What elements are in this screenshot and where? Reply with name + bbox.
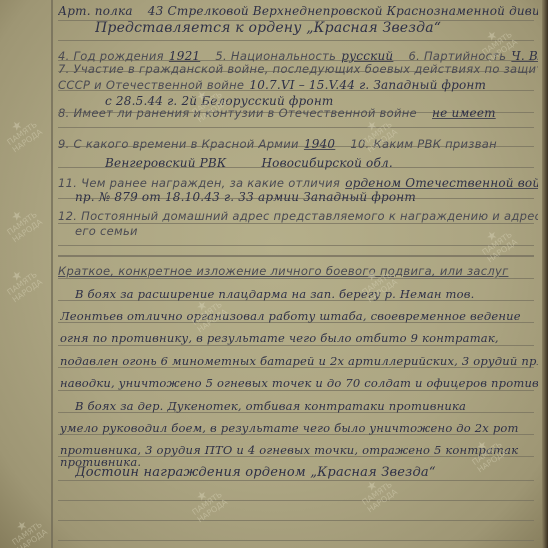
page-edge [542, 0, 548, 548]
address-label-2: его семьи [75, 224, 138, 238]
star-icon: ★ [0, 263, 33, 290]
watermark: ★ПАМЯТЬНАРОДА [185, 483, 229, 525]
star-icon: ★ [0, 203, 33, 230]
rule-line [58, 40, 534, 41]
narrative-text: В боях за дер. Дукенотек, отбивая контра… [75, 399, 466, 413]
star-icon: ★ [5, 513, 38, 540]
regiment-text: Арт. полка [58, 4, 133, 18]
conclusion: Достоин награждения орденом „Красная Зве… [75, 461, 538, 480]
prior-award-order: пр. № 879 от 18.10.43 г. 33 армии Западн… [75, 190, 416, 204]
division-text: 43 Стрелковой Верхнеднепровской Краснозн… [148, 4, 538, 18]
narrative-line: наводки, уничтожено 5 огневых точек и до… [60, 372, 538, 391]
wounds-label: 8. Имеет ли ранения и контузии в Отечест… [58, 106, 417, 120]
rvk-label: 10. Каким РВК призван [350, 137, 497, 151]
narrative-text: Леонтьев отлично организовал работу штаб… [60, 309, 521, 323]
item-8: 8. Имеет ли ранения и контузии в Отечест… [58, 102, 538, 121]
narrative-line: умело руководил боем, в результате чего … [60, 417, 538, 436]
document-page: Арт. полка 43 Стрелковой Верхнеднепровск… [0, 0, 548, 548]
rule-line [58, 255, 534, 257]
rule-line [58, 540, 534, 541]
region-value: Новосибирской обл. [262, 156, 393, 170]
presented-for: Представляется к ордену „Красная Звезда“ [95, 20, 538, 36]
watermark: ★ПАМЯТЬНАРОДА [0, 113, 44, 155]
star-icon: ★ [185, 483, 218, 510]
narrative-text: подавлен огонь 6 минометных батарей и 2х… [60, 354, 538, 368]
narrative-line: огня по противнику, в результате чего бы… [60, 327, 538, 346]
wounds-value: не имеет [432, 106, 496, 120]
rule-line [58, 500, 534, 501]
narrative-line: подавлен огонь 6 минометных батарей и 2х… [60, 350, 538, 369]
margin-line [51, 0, 53, 548]
unit-line: Арт. полка 43 Стрелковой Верхнеднепровск… [58, 0, 538, 19]
presented-for-text: Представляется к ордену „Красная Звезда“ [95, 20, 441, 36]
rule-line [58, 245, 534, 246]
narrative-text: огня по противнику, в результате чего бы… [60, 331, 499, 345]
narrative-text: В боях за расширение плацдарма на зап. б… [75, 287, 475, 301]
watermark: ★ПАМЯТЬНАРОДА [5, 513, 49, 548]
summary-heading-text: Краткое, конкретное изложение личного бо… [58, 264, 508, 278]
item-12-line-2: его семьи [75, 220, 538, 239]
rvk-value: Венгеровский РВК [105, 156, 226, 170]
item-9-10: 9. С какого времени в Красной Армии 1940… [58, 133, 538, 152]
rule-line [58, 127, 534, 128]
army-since-label: 9. С какого времени в Красной Армии [58, 137, 299, 151]
narrative-line: Леонтьев отлично организовал работу штаб… [60, 305, 538, 324]
star-icon: ★ [0, 113, 33, 140]
army-since-value: 1940 [304, 137, 335, 151]
narrative-line: В боях за расширение плацдарма на зап. б… [75, 283, 538, 302]
rule-line [58, 480, 534, 481]
summary-heading: Краткое, конкретное изложение личного бо… [58, 260, 538, 279]
watermark: ★ПАМЯТЬНАРОДА [0, 263, 44, 305]
watermark: ★ПАМЯТЬНАРОДА [0, 203, 44, 245]
item-11-line-2: пр. № 879 от 18.10.43 г. 33 армии Западн… [75, 186, 538, 205]
item-10-value: Венгеровский РВК Новосибирской обл. [105, 152, 538, 171]
narrative-text: умело руководил боем, в результате чего … [60, 421, 519, 435]
conclusion-text: Достоин награждения орденом „Красная Зве… [75, 465, 436, 480]
narrative-text: наводки, уничтожено 5 огневых точек и до… [60, 376, 538, 390]
narrative-line: В боях за дер. Дукенотек, отбивая контра… [75, 395, 538, 414]
rule-line [58, 520, 534, 521]
